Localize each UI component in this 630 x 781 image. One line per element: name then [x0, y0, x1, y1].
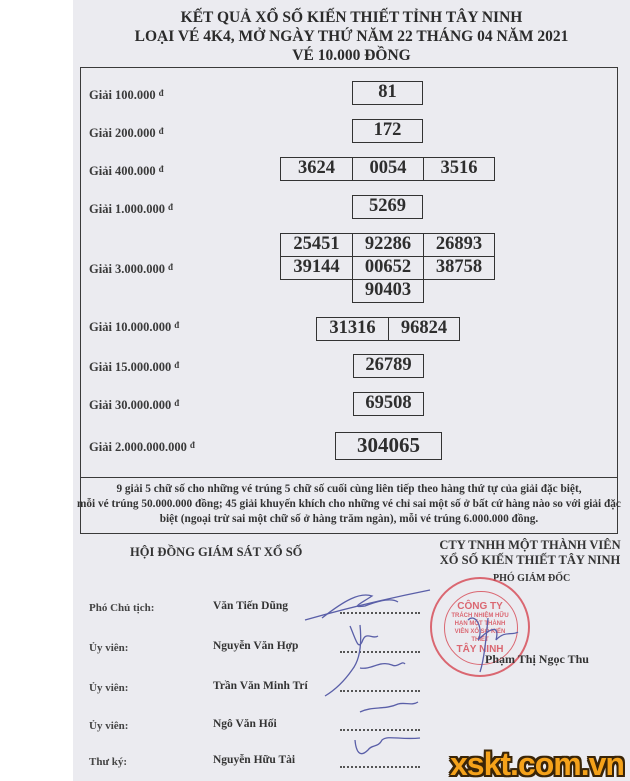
prize-number: 0054	[352, 157, 424, 181]
member-name: Trần Văn Minh Trí	[213, 680, 308, 692]
prize-number: 38758	[423, 256, 495, 280]
director-title: PHÓ GIÁM ĐỐC	[493, 573, 570, 584]
prize-notes: 9 giải 5 chữ số cho những vé trúng 5 chữ…	[80, 478, 618, 534]
company-name: CTY TNHH MỘT THÀNH VIÊN XỔ SỐ KIẾN THIẾT…	[430, 538, 630, 568]
prize-label: Giải 10.000.000đ	[89, 320, 179, 335]
note-line: 9 giải 5 chữ số cho những vé trúng 5 chữ…	[81, 482, 617, 497]
signature-line	[340, 612, 420, 614]
prize-label: Giải 100.000đ	[89, 88, 164, 103]
prize-label: Giải 400.000đ	[89, 164, 164, 179]
prize-number: 00652	[352, 256, 424, 280]
member-role: Ủy viên:	[89, 720, 128, 732]
special-prize-number: 304065	[335, 432, 442, 460]
signature-line	[340, 729, 420, 731]
director-name: Phạm Thị Ngọc Thu	[485, 652, 589, 667]
signature-line	[340, 690, 420, 692]
member-role: Phó Chủ tịch:	[89, 602, 154, 614]
prize-label: Giải 3.000.000đ	[89, 262, 173, 277]
prize-number: 3624	[280, 157, 353, 181]
prize-number: 96824	[388, 317, 460, 341]
prize-number: 3516	[423, 157, 495, 181]
draw-info: LOẠI VÉ 4K4, MỞ NGÀY THỨ NĂM 22 THÁNG 04…	[73, 28, 630, 46]
signature-line	[340, 766, 420, 768]
note-line: mỗi vé trúng 50.000.000 đồng; 45 giải kh…	[77, 497, 617, 512]
note-line: biệt (ngoại trừ sai một chữ số ở hàng tr…	[81, 512, 617, 527]
prize-number: 5269	[352, 195, 423, 219]
company-line: CTY TNHH MỘT THÀNH VIÊN	[430, 538, 630, 553]
prize-label: Giải 200.000đ	[89, 126, 164, 141]
prize-number: 31316	[316, 317, 389, 341]
prize-number: 172	[352, 119, 423, 143]
prize-number: 90403	[352, 279, 424, 303]
member-role: Ủy viên:	[89, 642, 128, 654]
prize-number: 25451	[280, 233, 353, 257]
stamp-text: TRÁCH NHIỆM HỮU HẠN MỘT THÀNH VIÊN XỔ SỐ…	[432, 612, 528, 644]
stamp-text: CÔNG TY	[432, 601, 528, 612]
prize-number: 69508	[353, 392, 424, 416]
document-title: KẾT QUẢ XỔ SỐ KIẾN THIẾT TỈNH TÂY NINH	[73, 9, 630, 27]
company-line: XỔ SỐ KIẾN THIẾT TÂY NINH	[430, 553, 630, 568]
member-role: Thư ký:	[89, 756, 127, 768]
prize-number: 26789	[353, 354, 424, 378]
prize-number: 81	[352, 81, 423, 105]
prize-label: Giải 1.000.000đ	[89, 202, 173, 217]
prize-label: Giải 15.000.000đ	[89, 360, 179, 375]
ticket-price: VÉ 10.000 ĐỒNG	[73, 47, 630, 65]
member-name: Nguyễn Hữu Tài	[213, 754, 295, 766]
watermark-logo: xskt.com.vn	[450, 746, 624, 781]
council-title: HỘI ĐỒNG GIÁM SÁT XỔ SỐ	[130, 545, 302, 560]
prize-label: Giải 30.000.000đ	[89, 398, 179, 413]
prize-number: 26893	[423, 233, 495, 257]
member-name: Ngô Văn Hối	[213, 718, 277, 730]
member-name: Nguyễn Văn Hợp	[213, 640, 298, 652]
prize-label: Giải 2.000.000.000đ	[89, 440, 195, 455]
prize-number: 39144	[280, 256, 353, 280]
signature-line	[340, 651, 420, 653]
member-role: Ủy viên:	[89, 682, 128, 694]
prize-number: 92286	[352, 233, 424, 257]
member-name: Văn Tiến Dũng	[213, 600, 288, 612]
